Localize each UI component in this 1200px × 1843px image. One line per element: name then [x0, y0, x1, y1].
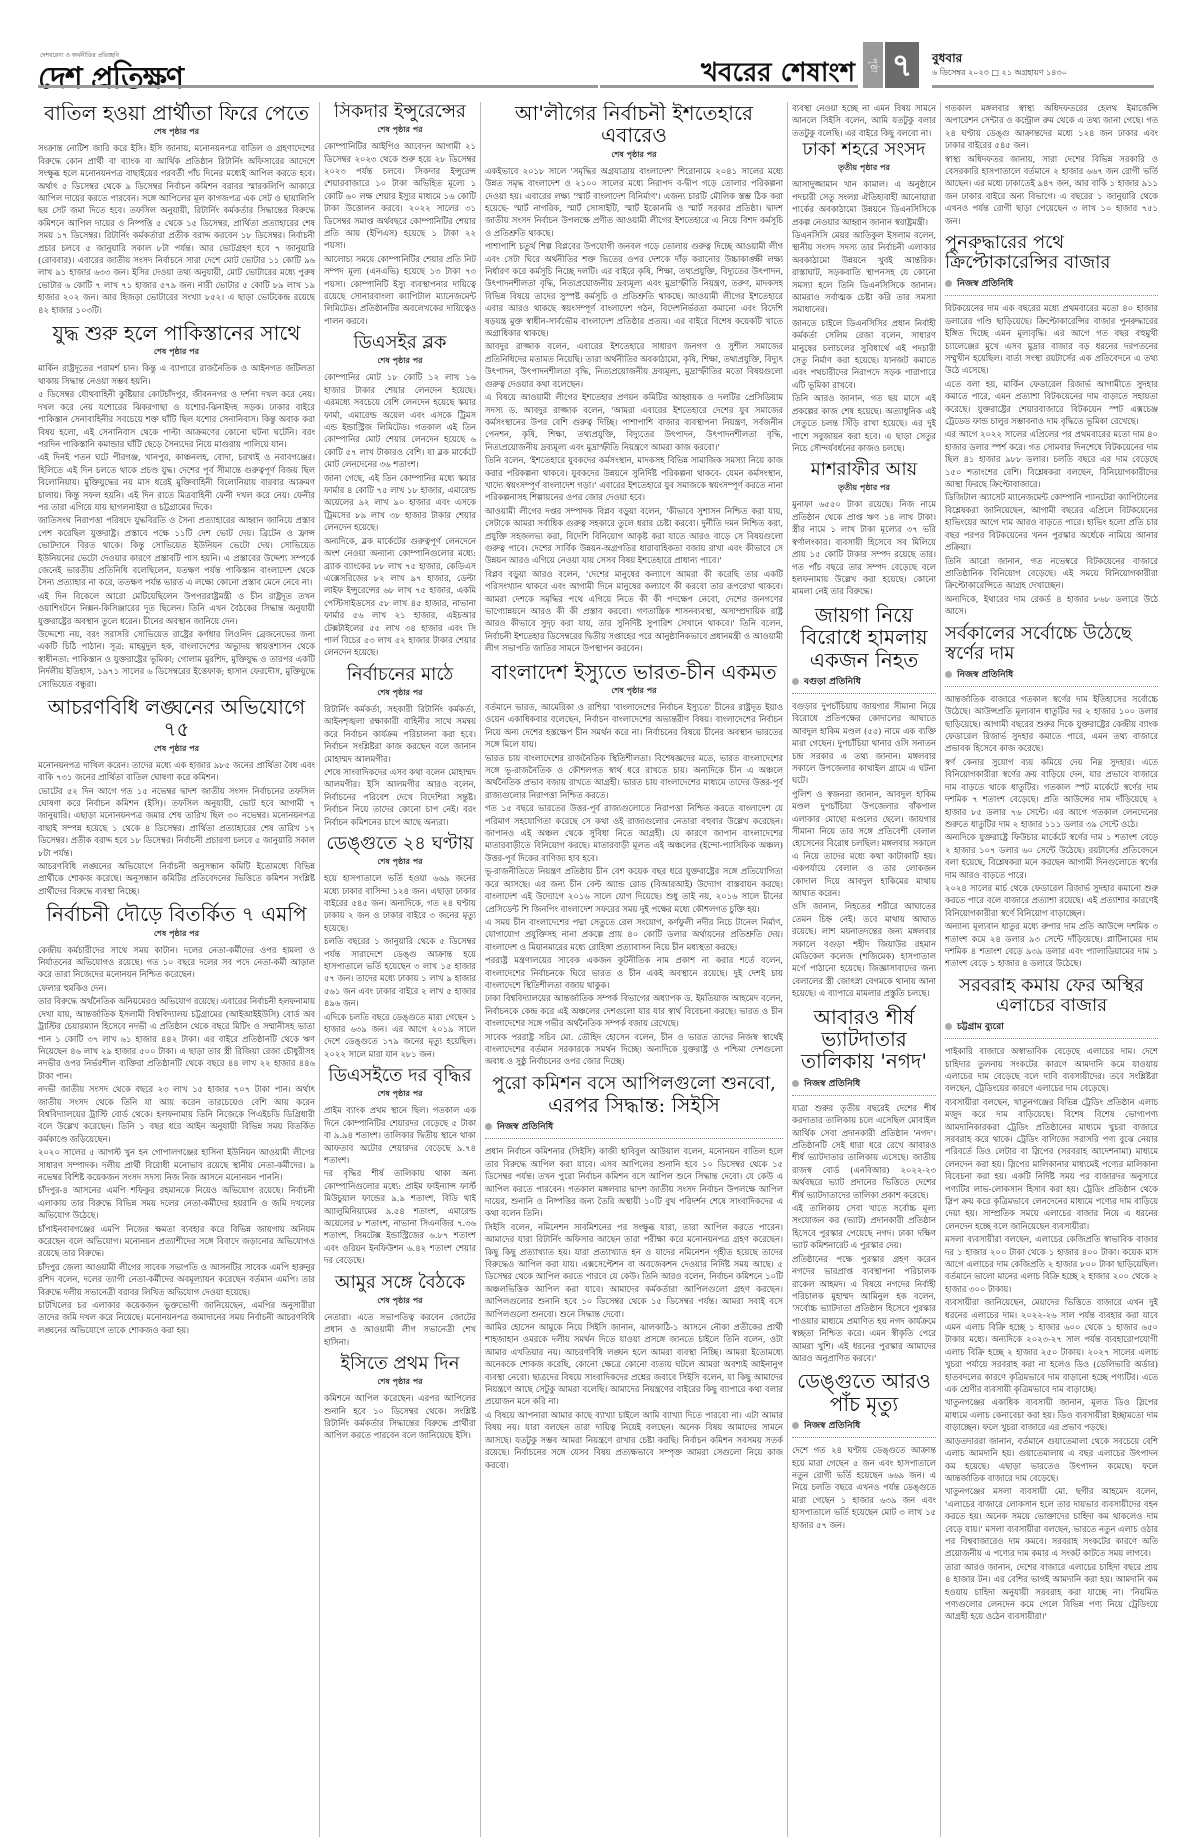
page-label: পৃষ্ঠা	[863, 42, 883, 88]
story-bharot-chin: বাংলাদেশ ইস্যুতে ভারত-চীন একমত শেষ পৃষ্ঠ…	[485, 661, 783, 1068]
dotted-divider	[792, 1437, 936, 1438]
article-body: সংক্রান্ত নোটিশ জারি করে ইসি। ইসি জানায়…	[38, 142, 315, 316]
continued-label: শেষ পৃষ্ঠার পর	[324, 1295, 476, 1308]
bullet-icon	[792, 678, 799, 685]
headline[interactable]: নির্বাচনী দৌড়ে বিতর্কিত ৭ এমপি	[38, 903, 315, 925]
column-center: আ'লীগের নির্বাচনী ইশতেহারে এবারেও শেষ পৃ…	[485, 102, 783, 1837]
story-gold: সর্বকালের সর্বোচ্চে উঠেছে স্বর্ণের দাম ন…	[945, 624, 1158, 970]
continued-label: শেষ পৃষ্ঠার পর	[38, 126, 315, 139]
continued-label: শেষ পৃষ্ঠার পর	[38, 743, 315, 756]
story-aleague: আ'লীগের নির্বাচনী ইশতেহারে এবারেও শেষ পৃ…	[485, 102, 783, 655]
article-body: বিটকয়েনের দাম এক বছরের মধ্যে প্রথমবারের…	[945, 302, 1158, 617]
dotted-divider	[792, 693, 936, 694]
article-body: হয়ে হাসপাতালে ভর্তি হওয়া ৬৬৯ জনের মধ্য…	[324, 872, 476, 1060]
continued-label: শেষ পৃষ্ঠার পর	[38, 346, 315, 359]
column-divider	[787, 102, 788, 1837]
story-dse-block: ডিএসইর ব্লক শেষ পৃষ্ঠার পর কোম্পানির মোট…	[324, 333, 476, 659]
headline[interactable]: সর্বকালের সর্বোচ্চে উঠেছে স্বর্ণের দাম	[945, 624, 1158, 664]
story-acharon: আচরণবিধি লঙ্ঘনের অভিযোগে ৭৫ শেষ পৃষ্ঠার …	[38, 696, 315, 897]
header-divider	[932, 85, 1154, 88]
headline[interactable]: ডিএসইতে দর বৃদ্ধির	[324, 1066, 476, 1086]
story-dhaka-sangsad: ঢাকা শহরে সংসদ তৃতীয় পৃষ্ঠার পর আসাদুজ্…	[792, 140, 936, 454]
dotted-divider	[485, 1138, 783, 1139]
header-divider	[38, 85, 598, 88]
header-divider	[600, 85, 858, 88]
byline: চট্টগ্রাম ব্যুরো	[945, 1019, 1158, 1034]
masthead: দেশবরেণ্য ও অর্থনীতির প্রতিচ্ছবি দেশ প্র…	[0, 0, 1200, 100]
headline[interactable]: ইসিতে প্রথম দিন	[324, 1354, 476, 1374]
headline-second-line[interactable]: এরপর সিদ্ধান্ত: সিইসি	[485, 1094, 783, 1116]
continued-label: শেষ পৃষ্ঠার পর	[324, 856, 476, 869]
article-body: গতকাল মঙ্গলবার স্বাস্থ্য অধিদফতরের হেলথ …	[945, 102, 1158, 227]
article-body: বর্তমানে ভারত, আমেরিকা ও রাশিয়া 'বাংলাদ…	[485, 701, 783, 1068]
story-isi: ইসিতে প্রথম দিন শেষ পৃষ্ঠার পর কমিশনে আপ…	[324, 1354, 476, 1442]
story-nirbachoni-doure: নির্বাচনী দৌড়ে বিতর্কিত ৭ এমপি শেষ পৃষ্…	[38, 903, 315, 1336]
story-dengue-pach: ডেঙ্গুতে আরও পাঁচ মৃত্যু নিজস্ব প্রতিনিধ…	[792, 1370, 936, 1531]
story-crypto: পুনরুদ্ধারের পথে ক্রিপ্টোকারেন্সির বাজার…	[945, 233, 1158, 617]
headline[interactable]: পুনরুদ্ধারের পথে ক্রিপ্টোকারেন্সির বাজার	[945, 233, 1158, 273]
story-nirbachoner-mathe: নির্বাচনের মাঠে শেষ পৃষ্ঠার পর রিটার্নিং…	[324, 665, 476, 828]
article-body: ব্যবস্থা নেওয়া হচ্ছে না এমন বিষয় সামনে…	[792, 102, 936, 139]
continued-label: শেষ পৃষ্ঠার পর	[485, 149, 783, 162]
bullet-icon	[485, 1123, 492, 1130]
column-divider	[940, 102, 941, 1837]
article-body: কোম্পানির মোট ১৮ কোটি ১২ লাখ ১৬ হাজার টা…	[324, 371, 476, 658]
headline[interactable]: ডেঙ্গুতে ২৪ ঘণ্টায়	[324, 834, 476, 854]
article-body: দেশে গত ২৪ ঘণ্টায় ডেঙ্গুতে আক্রান্ত হয়…	[792, 1444, 936, 1531]
story-juddho: যুদ্ধ শুরু হলে পাকিস্তানের সাথে শেষ পৃষ্…	[38, 322, 315, 690]
issue-date: ৬ ডিসেম্বর ২০২৩ □ ২১ অগ্রহায়ণ ১৪৩০	[932, 67, 1067, 80]
continued-label: তৃতীয় পৃষ্ঠার পর	[792, 162, 936, 175]
continued-label: শেষ পৃষ্ঠার পর	[485, 685, 783, 698]
article-body: যাত্রা শুরুর তৃতীয় বছরেই দেশের শীর্ষ কর…	[792, 1102, 936, 1365]
section-title: খবরের শেষাংশ	[600, 52, 855, 96]
article-body: পাইকারি বাজারে অস্বাভাবিক বেড়েছে এলাচের…	[945, 1045, 1158, 1623]
bullet-icon	[945, 1023, 952, 1030]
headline[interactable]: আচরণবিধি লঙ্ঘনের অভিযোগে ৭৫	[38, 696, 315, 741]
headline[interactable]: আ'লীগের নির্বাচনী ইশতেহারে এবারেও	[485, 102, 783, 147]
byline: নিজস্ব প্রতিনিধি	[792, 1418, 936, 1433]
article-body: কেন্দ্রীয় কর্মচারীদের সাথে সময় কাটান। …	[38, 944, 315, 1337]
column-right: গতকাল মঙ্গলবার স্বাস্থ্য অধিদফতরের হেলথ …	[945, 102, 1158, 1837]
bullet-icon	[945, 280, 952, 287]
article-body: কমিশনে আপিল করেছেন। এরপর আপিলের শুনানি হ…	[324, 1392, 476, 1442]
headline[interactable]: মাশরাফীর আয়	[792, 460, 936, 480]
byline: নিজস্ব প্রতিনিধি	[945, 276, 1158, 291]
article-body: একইভাবে ২০১৮ সালে 'সমৃদ্ধির অগ্রযাত্রায়…	[485, 165, 783, 655]
story-mashrafee: মাশরাফীর আয় তৃতীয় পৃষ্ঠার পর মুনাফা ৬৫…	[792, 460, 936, 597]
headline[interactable]: ডিএসইর ব্লক	[324, 333, 476, 353]
headline[interactable]: সিকদার ইন্সুরেন্সের	[324, 102, 476, 122]
dotted-divider	[945, 686, 1158, 687]
column-divider	[480, 102, 481, 1837]
page-number: ৭	[885, 42, 919, 88]
byline: বগুড়া প্রতিনিধি	[792, 674, 936, 689]
dotted-divider	[945, 1038, 1158, 1039]
continued-label: শেষ পৃষ্ঠার পর	[324, 355, 476, 368]
article-body: মুনাফা ৬৫৫০ টাকা রয়েছে। নিজ নামে প্রতিষ…	[792, 498, 936, 597]
column-left: বাতিল হওয়া প্রার্থীতা ফিরে পেতে শেষ পৃষ…	[38, 102, 315, 1837]
dotted-divider	[945, 295, 1158, 296]
continued-label: শেষ পৃষ্ঠার পর	[324, 1088, 476, 1101]
story-amur: আমুর সঙ্গে বৈঠকে শেষ পৃষ্ঠার পর নেতারা। …	[324, 1273, 476, 1348]
article-body: প্রাইম ব্যাংক প্রথম স্থানে ছিল। গতকাল এক…	[324, 1104, 476, 1266]
story-puro-commission: পুরো কমিশন বসে আপিলগুলো শুনবো, এরপর সিদ্…	[485, 1074, 783, 1471]
headline[interactable]: বাংলাদেশ ইস্যুতে ভারত-চীন একমত	[485, 661, 783, 683]
article-body: মার্কিন রাষ্ট্রদূতের পরামর্শ চান। কিন্তু…	[38, 362, 315, 690]
article-body: আসাদুজ্জামান খান কামাল। এ অনুষ্ঠানে পদচা…	[792, 178, 936, 454]
byline: নিজস্ব প্রতিনিধি	[945, 667, 1158, 682]
headline[interactable]: পুরো কমিশন বসে আপিলগুলো শুনবো,	[485, 1074, 783, 1094]
article-body: নেতারা। এতে সভাপতিত্ব করবেন জোটের প্রধান…	[324, 1311, 476, 1348]
newspaper-logo[interactable]: দেশ প্রতিক্ষণ	[38, 54, 183, 105]
article-body: বগুড়ার দুপচাঁচিয়ায় জায়গার সীমানা নিয…	[792, 700, 936, 1000]
headline[interactable]: নির্বাচনের মাঠে	[324, 665, 476, 685]
article-body: রিটার্নিং কর্মকর্তা, সহকারী রিটার্নিং কর…	[324, 703, 476, 828]
bullet-icon	[792, 1080, 799, 1087]
column-narrow: সিকদার ইন্সুরেন্সের শেষ পৃষ্ঠার পর কোম্প…	[324, 102, 476, 1837]
article-body: কোম্পানিটির আইপিও আবেদন আগামী ২১ ডিসেম্ব…	[324, 140, 476, 327]
column-divider	[319, 102, 320, 1837]
headline[interactable]: আমুর সঙ্গে বৈঠকে	[324, 1273, 476, 1293]
headline[interactable]: ঢাকা শহরে সংসদ	[792, 140, 936, 160]
story-dse-dor: ডিএসইতে দর বৃদ্ধির শেষ পৃষ্ঠার পর প্রাইম…	[324, 1066, 476, 1266]
headline[interactable]: সরবরাহ কমায় ফের অস্থির এলাচের বাজার	[945, 976, 1158, 1016]
continued-label: শেষ পৃষ্ঠার পর	[324, 1376, 476, 1389]
article-body: মনোনয়নপত্র দাখিল করেন। তাদের মধ্যে এক হ…	[38, 759, 315, 897]
continued-label: শেষ পৃষ্ঠার পর	[38, 928, 315, 941]
article-body: আন্তর্জাতিক বাজারে গতকাল স্বর্ণের দাম ইত…	[945, 693, 1158, 970]
story-batil: বাতিল হওয়া প্রার্থীতা ফিরে পেতে শেষ পৃষ…	[38, 102, 315, 316]
story-vat: আবারও শীর্ষ ভ্যাটদাতার তালিকায় 'নগদ' নি…	[792, 1006, 936, 1365]
article-body: প্রধান নির্বাচন কমিশনার (সিইসি) কাজী হাব…	[485, 1145, 783, 1471]
story-dengue-top: গতকাল মঙ্গলবার স্বাস্থ্য অধিদফতরের হেলথ …	[945, 102, 1158, 227]
continued-label: শেষ পৃষ্ঠার পর	[324, 687, 476, 700]
column-mid-right: ব্যবস্থা নেওয়া হচ্ছে না এমন বিষয় সামনে…	[792, 102, 936, 1837]
byline: নিজস্ব প্রতিনিধি	[792, 1076, 936, 1091]
bullet-icon	[945, 671, 952, 678]
byline: নিজস্ব প্রতিনিধি	[485, 1119, 783, 1134]
continued-label: শেষ পৃষ্ঠার পর	[324, 124, 476, 137]
bullet-icon	[792, 1422, 799, 1429]
headline[interactable]: জায়গা নিয়ে বিরোধে হামলায় একজন নিহত	[792, 604, 936, 671]
headline[interactable]: আবারও শীর্ষ ভ্যাটদাতার তালিকায় 'নগদ'	[792, 1006, 936, 1073]
headline[interactable]: ডেঙ্গুতে আরও পাঁচ মৃত্যু	[792, 1370, 936, 1415]
headline[interactable]: যুদ্ধ শুরু হলে পাকিস্তানের সাথে	[38, 322, 315, 344]
story-dengue-24: ডেঙ্গুতে ২৪ ঘণ্টায় শেষ পৃষ্ঠার পর হয়ে …	[324, 834, 476, 1060]
continued-label: তৃতীয় পৃষ্ঠার পর	[792, 482, 936, 495]
story-sikdar: সিকদার ইন্সুরেন্সের শেষ পৃষ্ঠার পর কোম্প…	[324, 102, 476, 327]
dotted-divider	[792, 1095, 936, 1096]
story-elach: সরবরাহ কমায় ফের অস্থির এলাচের বাজার চট্…	[945, 976, 1158, 1623]
headline[interactable]: বাতিল হওয়া প্রার্থীতা ফিরে পেতে	[38, 102, 315, 124]
story-jayga: জায়গা নিয়ে বিরোধে হামলায় একজন নিহত বগ…	[792, 604, 936, 1000]
